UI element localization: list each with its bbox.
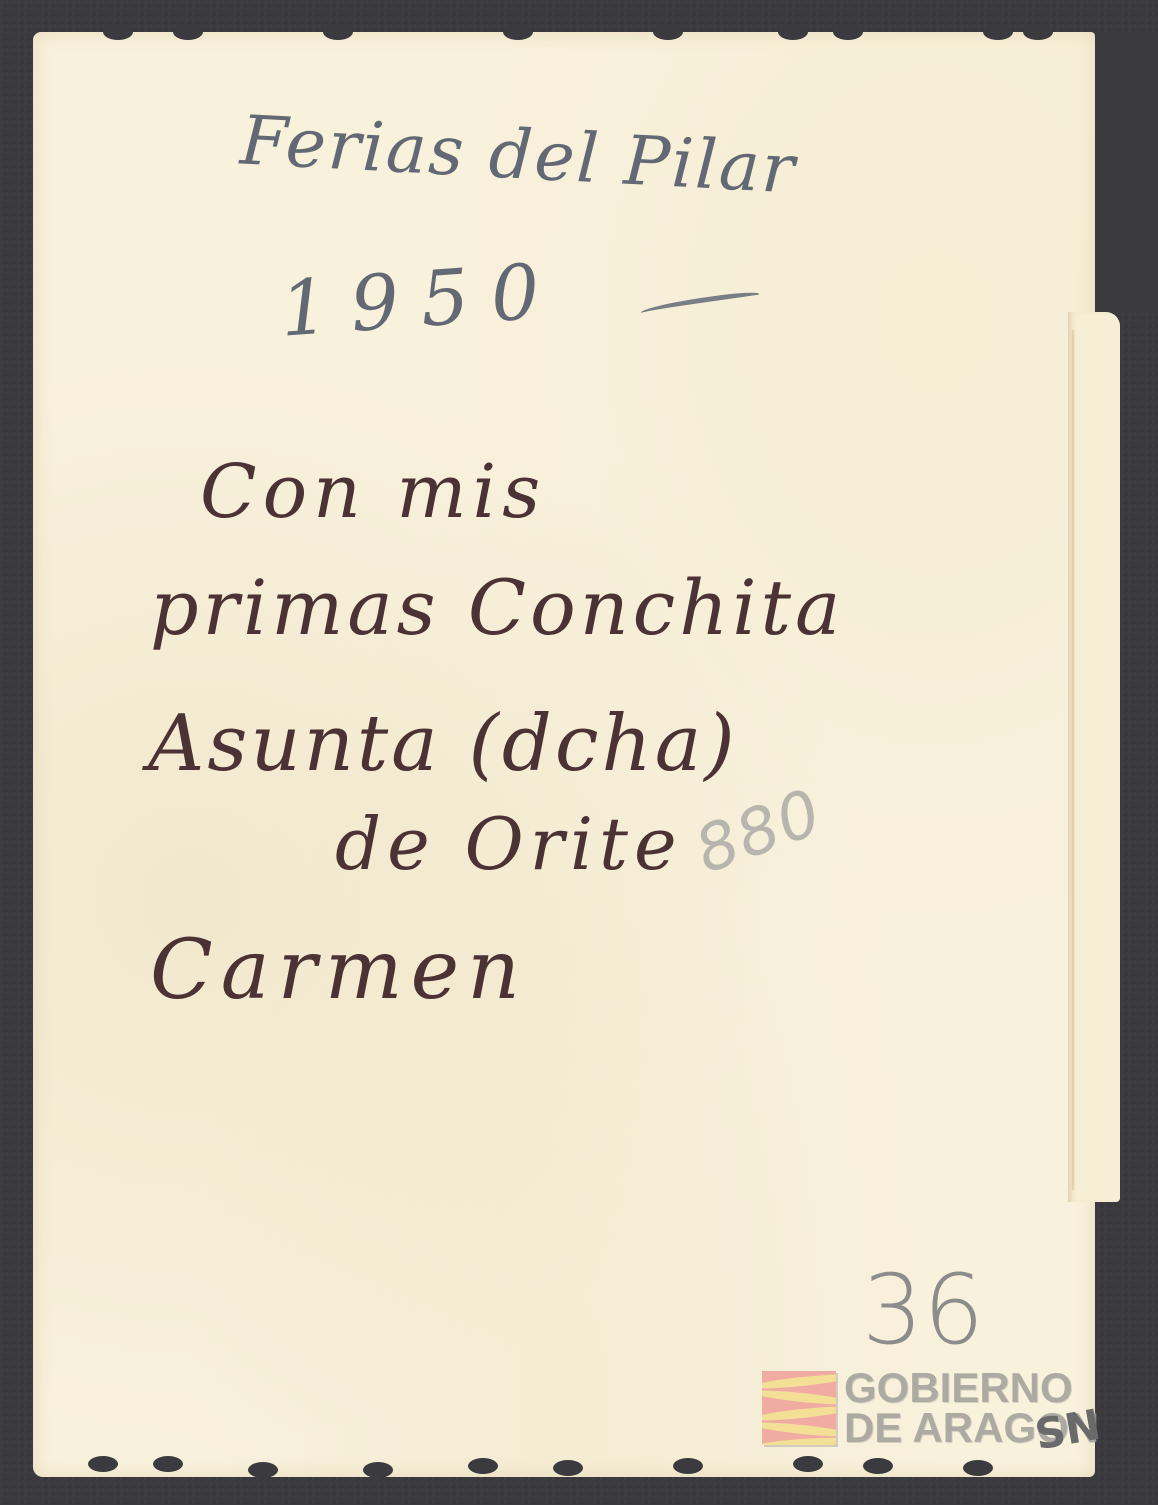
handwritten-line-4: de Orite: [335, 808, 683, 880]
paper-corner-notch: [1095, 32, 1158, 312]
handwritten-line-1: Con mis: [200, 455, 546, 529]
paper-tear-line: [1072, 330, 1078, 1190]
handwritten-year: 1950: [278, 252, 564, 347]
pencil-catalog-number: 36: [862, 1262, 984, 1358]
aragon-flag-icon: [762, 1371, 836, 1445]
handwritten-line-5: Carmen: [150, 930, 528, 1012]
watermark-line-1: GOBIERNO: [844, 1368, 1099, 1408]
handwritten-line-2: primas Conchita: [150, 570, 844, 646]
handwritten-line-3: Asunta (dcha): [148, 705, 738, 783]
